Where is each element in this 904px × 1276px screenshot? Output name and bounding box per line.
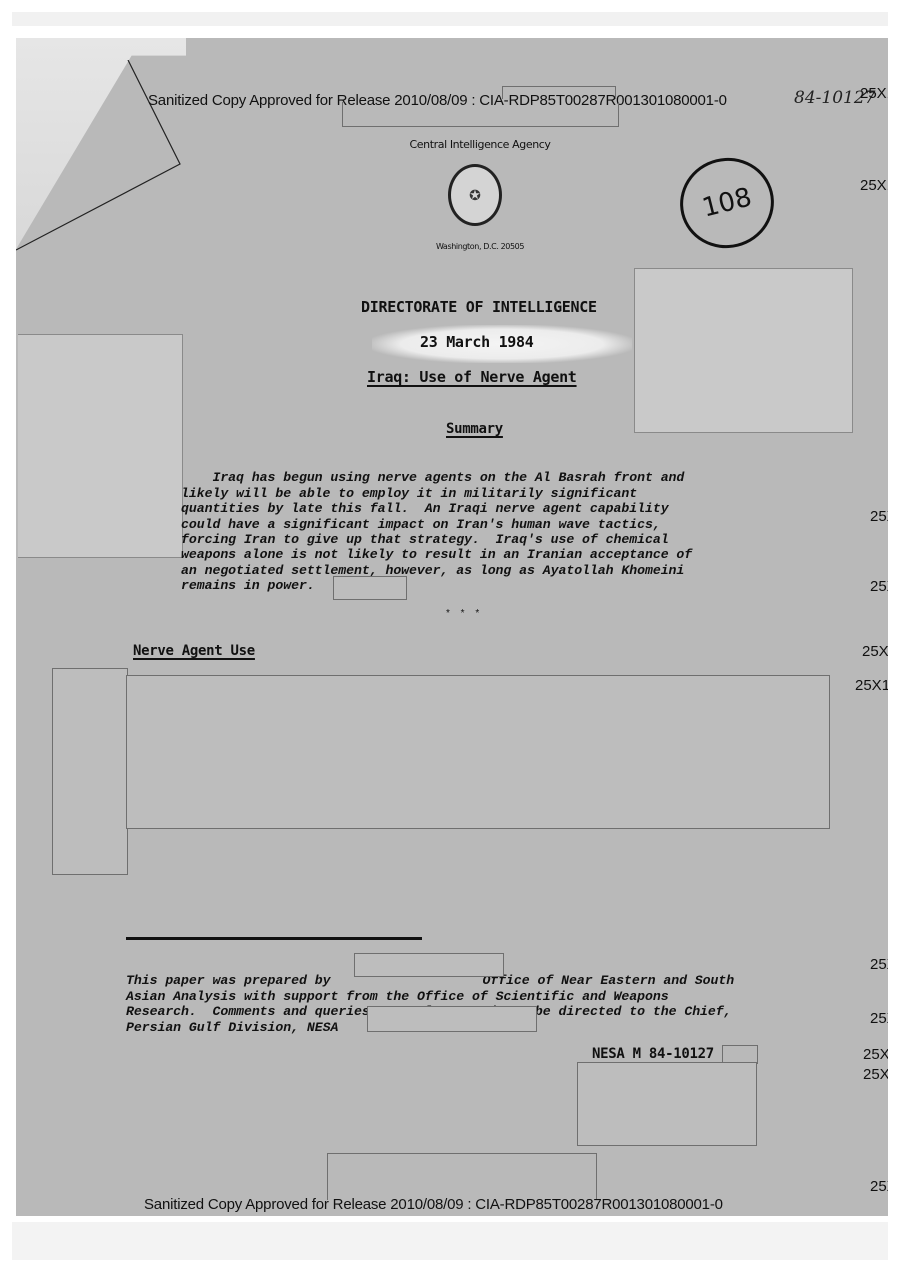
summary-line: weapons alone is not likely to result in… (181, 547, 692, 562)
summary-line: could have a significant impact on Iran'… (181, 517, 692, 532)
redaction-box (342, 102, 619, 127)
document-number: NESA M 84-10127 (592, 1046, 714, 1062)
agency-address: Washington, D.C. 20505 (400, 242, 560, 251)
redaction-box (333, 576, 407, 600)
footnote-line: This paper was prepared by (126, 973, 330, 988)
redaction-box (634, 268, 853, 433)
handwritten-reference: 84-10127 (794, 88, 875, 108)
redaction-box (327, 1153, 597, 1200)
summary-heading: Summary (446, 421, 503, 437)
summary-line: forcing Iran to give up that strategy. I… (181, 532, 692, 547)
summary-line: quantities by late this fall. An Iraqi n… (181, 501, 692, 516)
redaction-box (126, 675, 830, 829)
redaction-box (354, 953, 504, 977)
cia-seal-icon: ✪ (448, 164, 502, 226)
document-subject: Iraq: Use of Nerve Agent (367, 368, 577, 386)
footnote-line: Asian Analysis with support from the Off… (126, 989, 734, 1004)
redaction-box (502, 86, 616, 99)
section-separator: * * * (446, 608, 483, 619)
footnote-rule (126, 937, 422, 940)
summary-line: an negotiated settlement, however, as lo… (181, 563, 692, 578)
summary-line: Iraq has begun using nerve agents on the… (181, 470, 692, 485)
viewer-top-strip (12, 12, 888, 26)
document-date: 23 March 1984 (420, 333, 534, 351)
redaction-box (367, 1006, 537, 1032)
redaction-box (577, 1062, 757, 1146)
agency-name: Central Intelligence Agency (360, 138, 600, 151)
sanitized-footer: Sanitized Copy Approved for Release 2010… (144, 1196, 723, 1213)
redaction-box (52, 668, 128, 875)
footnote-line: Office of Near Eastern and South (482, 973, 734, 988)
summary-paragraph: Iraq has begun using nerve agents on the… (181, 455, 692, 609)
redaction-box (18, 334, 183, 558)
directorate-heading: DIRECTORATE OF INTELLIGENCE (361, 298, 597, 316)
viewer-bottom-strip (12, 1222, 888, 1260)
summary-line: likely will be able to employ it in mili… (181, 486, 692, 501)
summary-line: remains in power. (181, 578, 692, 593)
folded-corner-edge (16, 60, 186, 260)
section-heading: Nerve Agent Use (133, 643, 255, 659)
